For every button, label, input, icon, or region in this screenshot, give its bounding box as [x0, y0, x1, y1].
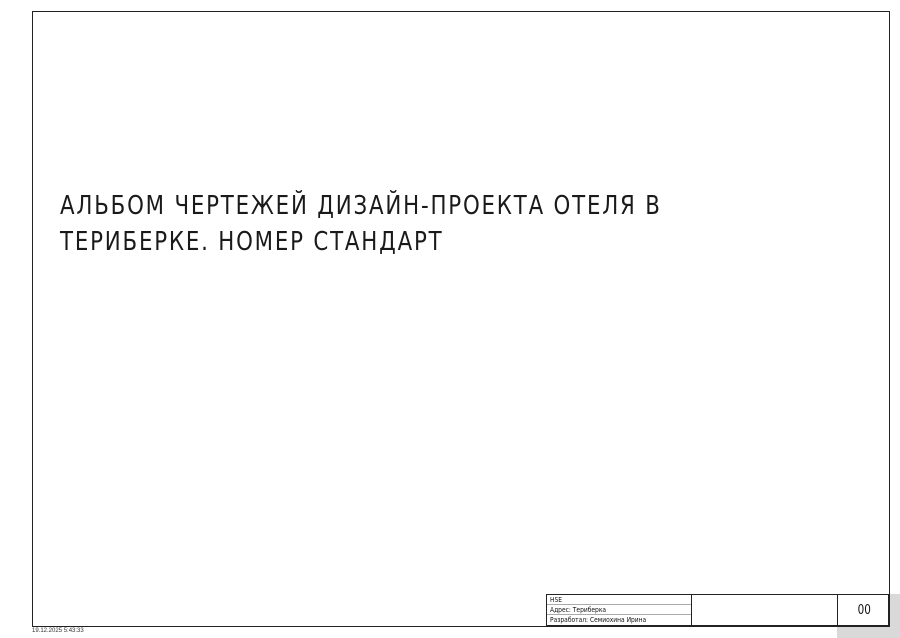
- print-timestamp: 19.12.2025 5:43:33: [32, 628, 84, 634]
- album-title-line-1: АЛЬБОМ ЧЕРТЕЖЕЙ ДИЗАЙН-ПРОЕКТА ОТЕЛЯ В: [60, 188, 662, 224]
- developer-text: Разработал: Семиохина Ирина: [550, 615, 646, 625]
- sheet-number: 00: [857, 603, 870, 618]
- title-block: HSE Адрес: Териберка Разработал: Семиохи…: [546, 594, 889, 626]
- album-title-line-2: ТЕРИБЕРКЕ. НОМЕР СТАНДАРТ: [60, 224, 662, 260]
- organization-row: HSE: [547, 595, 691, 605]
- drawing-frame: [32, 11, 890, 627]
- address-row: Адрес: Териберка: [547, 605, 691, 615]
- organization-text: HSE: [550, 595, 562, 605]
- title-block-info: HSE Адрес: Териберка Разработал: Семиохи…: [547, 595, 692, 625]
- album-title: АЛЬБОМ ЧЕРТЕЖЕЙ ДИЗАЙН-ПРОЕКТА ОТЕЛЯ В Т…: [60, 188, 662, 260]
- developer-row: Разработал: Семиохина Ирина: [547, 615, 691, 625]
- sheet-number-cell: 00: [838, 595, 890, 625]
- address-text: Адрес: Териберка: [550, 605, 606, 615]
- title-block-middle-cell: [692, 595, 838, 625]
